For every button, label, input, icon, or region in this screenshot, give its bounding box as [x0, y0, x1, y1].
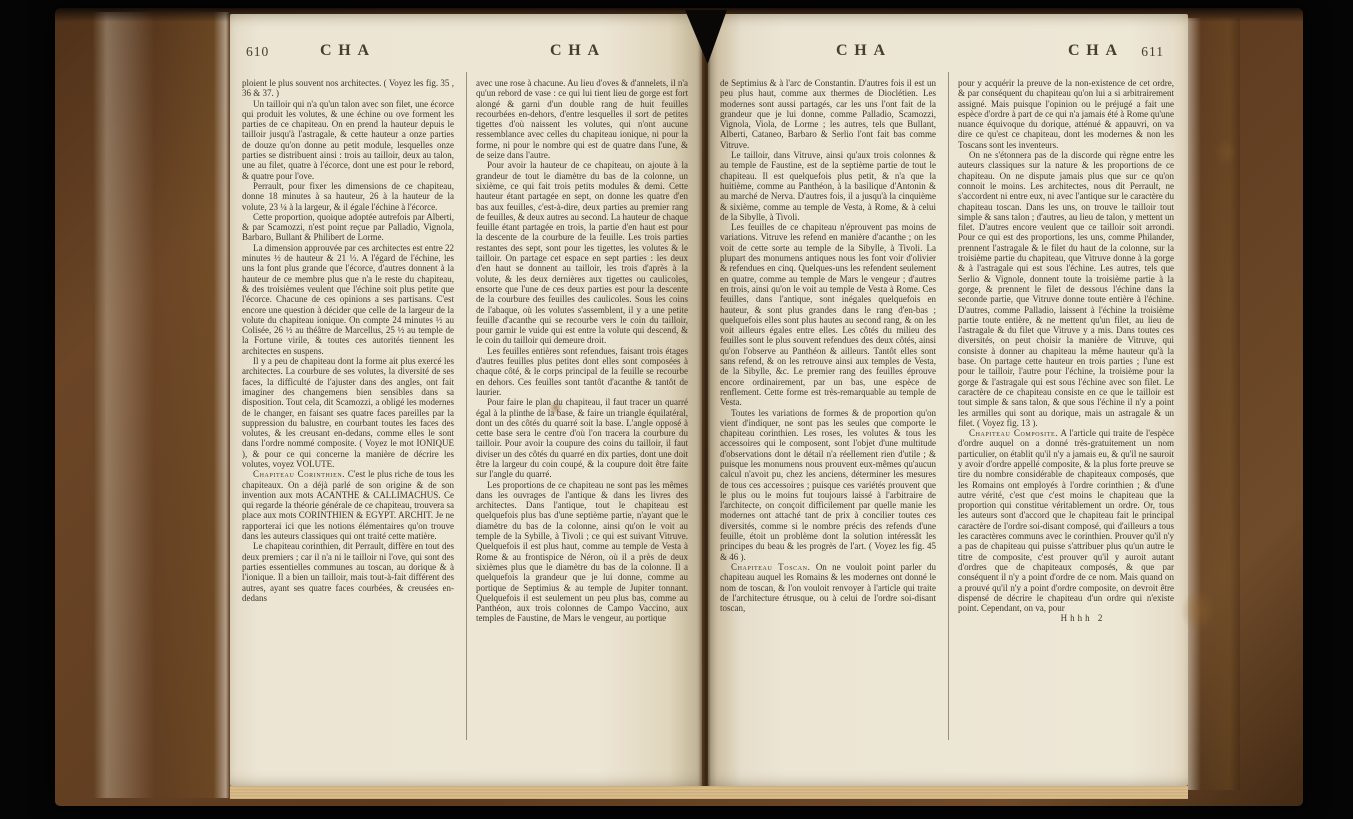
running-head: CHA — [550, 42, 606, 60]
fore-edge-left-page-stack — [93, 12, 230, 798]
entry-text: C'est le plus riche de tous les chapitea… — [242, 469, 454, 541]
paragraph: de Septimius & à l'arc de Constantin. D'… — [720, 78, 936, 150]
right-page-columns: de Septimius & à l'arc de Constantin. D'… — [708, 78, 1188, 746]
page-left-610: 610 CHA CHA ploient le plus souvent nos … — [230, 14, 702, 786]
gutter-shadow — [699, 14, 711, 786]
column-rule — [466, 72, 467, 740]
paragraph: Pour faire le plan du chapiteau, il faut… — [476, 397, 688, 479]
page-number-right: 611 — [1141, 44, 1164, 60]
text-column-4: pour y acquérir la preuve de la non-exis… — [958, 78, 1174, 746]
running-head: CHA — [320, 42, 376, 60]
paragraph: Le chapiteau corinthien, dit Perrault, d… — [242, 541, 454, 603]
paragraph-entry: Chapiteau Composite. A l'article qui tra… — [958, 428, 1174, 613]
paragraph: ploient le plus souvent nos architectes.… — [242, 78, 454, 99]
paragraph-entry: Chapiteau Toscan. On ne vouloit point pa… — [720, 562, 936, 613]
paragraph: Les feuilles de ce chapiteau n'éprouvent… — [720, 222, 936, 407]
paragraph: Perrault, pour fixer les dimensions de c… — [242, 181, 454, 212]
entry-text: A l'article qui traite de l'espèce d'ord… — [958, 428, 1174, 613]
running-head: CHA — [1068, 42, 1124, 60]
text-column-1: ploient le plus souvent nos architectes.… — [242, 78, 454, 746]
entry-heading: Chapiteau Composite. — [969, 428, 1058, 438]
left-page-columns: ploient le plus souvent nos architectes.… — [230, 78, 702, 746]
paragraph: On ne s'étonnera pas de la discorde qui … — [958, 150, 1174, 428]
paragraph: Les proportions de ce chapiteau ne sont … — [476, 480, 688, 624]
paragraph: Les feuilles entières sont refendues, fa… — [476, 346, 688, 397]
paragraph: Le tailloir, dans Vitruve, ainsi qu'aux … — [720, 150, 936, 222]
paragraph: pour y acquérir la preuve de la non-exis… — [958, 78, 1174, 150]
column-rule — [948, 72, 949, 740]
paragraph: Un tailloir qui n'a qu'un talon avec son… — [242, 99, 454, 181]
page-right-611: CHA CHA 611 de Septimius & à l'arc de Co… — [708, 14, 1188, 786]
signature-mark: Hhhh 2 — [958, 613, 1174, 623]
open-book: 610 CHA CHA ploient le plus souvent nos … — [55, 8, 1303, 806]
paragraph: Il y a peu de chapiteau dont la forme ai… — [242, 356, 454, 469]
text-column-3: de Septimius & à l'arc de Constantin. D'… — [720, 78, 936, 746]
paragraph: Toutes les variations de formes & de pro… — [720, 408, 936, 562]
bottom-page-edges — [230, 786, 1188, 799]
entry-heading: Chapiteau Toscan. — [731, 562, 810, 572]
running-head: CHA — [836, 42, 892, 60]
fore-edge-right-page-stack — [1188, 18, 1240, 790]
paragraph-entry: Chapiteau Corinthien. C'est le plus rich… — [242, 469, 454, 541]
left-page-header: 610 CHA CHA — [230, 42, 702, 68]
paragraph: La dimension approuvée par ces architect… — [242, 243, 454, 356]
right-page-header: CHA CHA 611 — [708, 42, 1188, 68]
paragraph: Cette proportion, quoique adoptée autref… — [242, 212, 454, 243]
entry-heading: Chapiteau Corinthien. — [253, 469, 345, 479]
paragraph: avec une rose à chacune. Au lieu d'oves … — [476, 78, 688, 160]
page-number-left: 610 — [246, 44, 269, 60]
photograph-background: 610 CHA CHA ploient le plus souvent nos … — [0, 0, 1353, 819]
paragraph: Pour avoir la hauteur de ce chapiteau, o… — [476, 160, 688, 345]
text-column-2: avec une rose à chacune. Au lieu d'oves … — [476, 78, 688, 746]
